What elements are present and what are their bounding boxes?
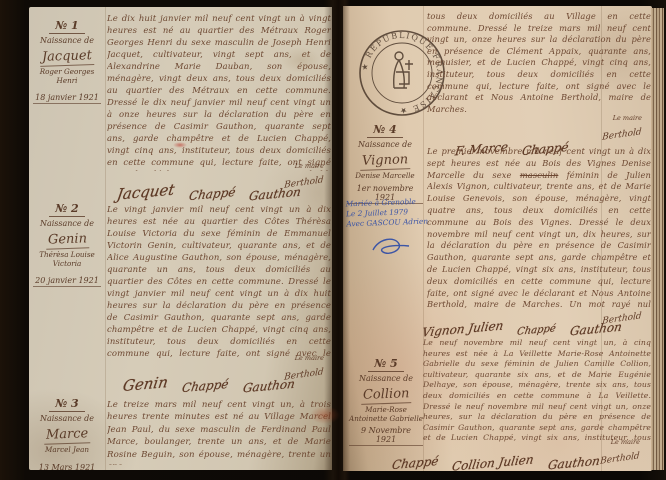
act-number: № 3 <box>49 397 84 412</box>
signature: Chappé <box>187 185 236 203</box>
act-type-label: Naissance de <box>349 374 423 383</box>
margin-entry-5: № 5 Naissance de Collion Marie-Rose Anto… <box>349 352 423 446</box>
act-5-signatures: Chappé Collion Julien Gauthon <box>383 444 609 470</box>
act-number: № 2 <box>49 202 84 217</box>
margin-entry-3: № 3 Naissance de Marce Marcel Jean 13 Ma… <box>31 392 103 470</box>
signature: Jacquet <box>116 180 176 203</box>
surname: Collion <box>360 386 411 405</box>
surname: Marce <box>44 426 91 445</box>
margin-entry-1: № 1 Naissance de Jacquet Roger Georges H… <box>31 14 103 104</box>
act-date: 9 Novembre 1921 <box>349 426 423 446</box>
act-4-text-after: féminin de Julien Alexis Vignon, cultiva… <box>427 170 651 310</box>
act-1-body: Le dix huit janvier mil neuf cent vingt … <box>107 13 331 171</box>
act-date: 18 janvier 1921 <box>33 93 101 104</box>
act-3-body-start: Le treize mars mil neuf cent vingt un, à… <box>107 399 331 465</box>
left-page: № 1 Naissance de Jacquet Roger Georges H… <box>29 7 332 470</box>
act-type-label: Naissance de <box>347 140 423 149</box>
act-3-body-end: tous deux domiciliés au Village en cette… <box>427 11 651 125</box>
marianne-figure-icon <box>394 52 413 88</box>
signature: Vignon Julien <box>421 318 504 339</box>
act-1-signatures: Jacquet Chappé Gauthon <box>109 167 309 201</box>
signature: Genin <box>122 373 170 395</box>
signature: Gauthon <box>547 454 601 471</box>
blue-paraph-signature <box>369 234 413 260</box>
act-2-body: Le vingt janvier mil neuf cent vingt un … <box>107 204 331 360</box>
surname: Jacquet <box>40 48 94 67</box>
act-number: № 1 <box>49 19 84 34</box>
mayor-signature: Berthold <box>602 127 642 143</box>
act-4-struck-word: masculin <box>520 170 559 180</box>
binding-gutter <box>324 0 350 480</box>
signature: Chappé <box>517 323 557 338</box>
act-4-mayor-signature: Berthold <box>602 306 642 325</box>
act-4-body: Le premier novembre mil neuf cent vingt … <box>427 146 651 310</box>
given-names: Marie-Rose Antoinette Gabrielle <box>349 406 423 423</box>
act-2-mayor-signature: Le maire Berthold <box>284 354 324 381</box>
mayor-label: Le maire <box>284 354 324 362</box>
given-names: Denise Marcelle <box>347 172 423 181</box>
signature: Collion Julien <box>451 452 535 471</box>
mayor-signature: Berthold <box>284 367 324 383</box>
surname: Vignon <box>360 152 411 171</box>
surname: Genin <box>45 231 89 249</box>
act-type-label: Naissance de <box>31 36 103 45</box>
marriage-annotation: Mariée à Grenoble Le 2 Juillet 1979 Avec… <box>346 197 427 230</box>
signature: Chappé <box>181 377 230 395</box>
act-2-signatures: Genin Chappé Gauthon <box>109 359 309 393</box>
margin-entry-4: № 4 Naissance de Vignon Denise Marcelle … <box>347 118 423 204</box>
act-number: № 4 <box>367 123 402 138</box>
margin-entry-2: № 2 Naissance de Genin Thérèsa Louise Vi… <box>31 197 103 287</box>
register-scan: № 1 Naissance de Jacquet Roger Georges H… <box>0 0 666 480</box>
act-type-label: Naissance de <box>31 414 103 423</box>
mayor-signature: Berthold <box>284 175 324 191</box>
act-number: № 5 <box>368 357 403 372</box>
act-date: 20 janvier 1921 <box>33 276 101 287</box>
mayor-signature: Berthold <box>602 311 642 327</box>
act-date: 13 Mars 1921 <box>37 463 98 471</box>
marriage-note-line: Avec GASCOU Adrien <box>346 217 426 230</box>
act-3-mayor-signature: Le maire Berthold <box>602 114 642 141</box>
signature: Chappé <box>391 454 440 471</box>
act-1-mayor-signature: Le maire Berthold <box>284 162 324 189</box>
act-5-mayor-signature: Le maire Berthold <box>600 438 640 465</box>
act-type-label: Naissance de <box>31 219 103 228</box>
given-names: Marcel Jean <box>31 446 103 455</box>
act-5-body: Le neuf novembre mil neuf cent vingt un,… <box>423 338 651 444</box>
mayor-label: Le maire <box>602 114 642 122</box>
mayor-signature: Berthold <box>600 451 640 467</box>
given-names: Roger Georges Henri <box>31 68 103 85</box>
margin-separator-line <box>105 7 106 470</box>
right-page: ★ RÉPUBLIQUE FRANÇAISE ★ tous deux domic… <box>343 6 652 471</box>
mayor-label: Le maire <box>600 438 640 446</box>
page-edges <box>651 8 664 470</box>
mayor-label: Le maire <box>284 162 324 170</box>
given-names: Thérèsa Louise Victoria <box>31 251 103 268</box>
act-4-signatures: Vignon Julien Chappé Gauthon <box>427 308 617 336</box>
